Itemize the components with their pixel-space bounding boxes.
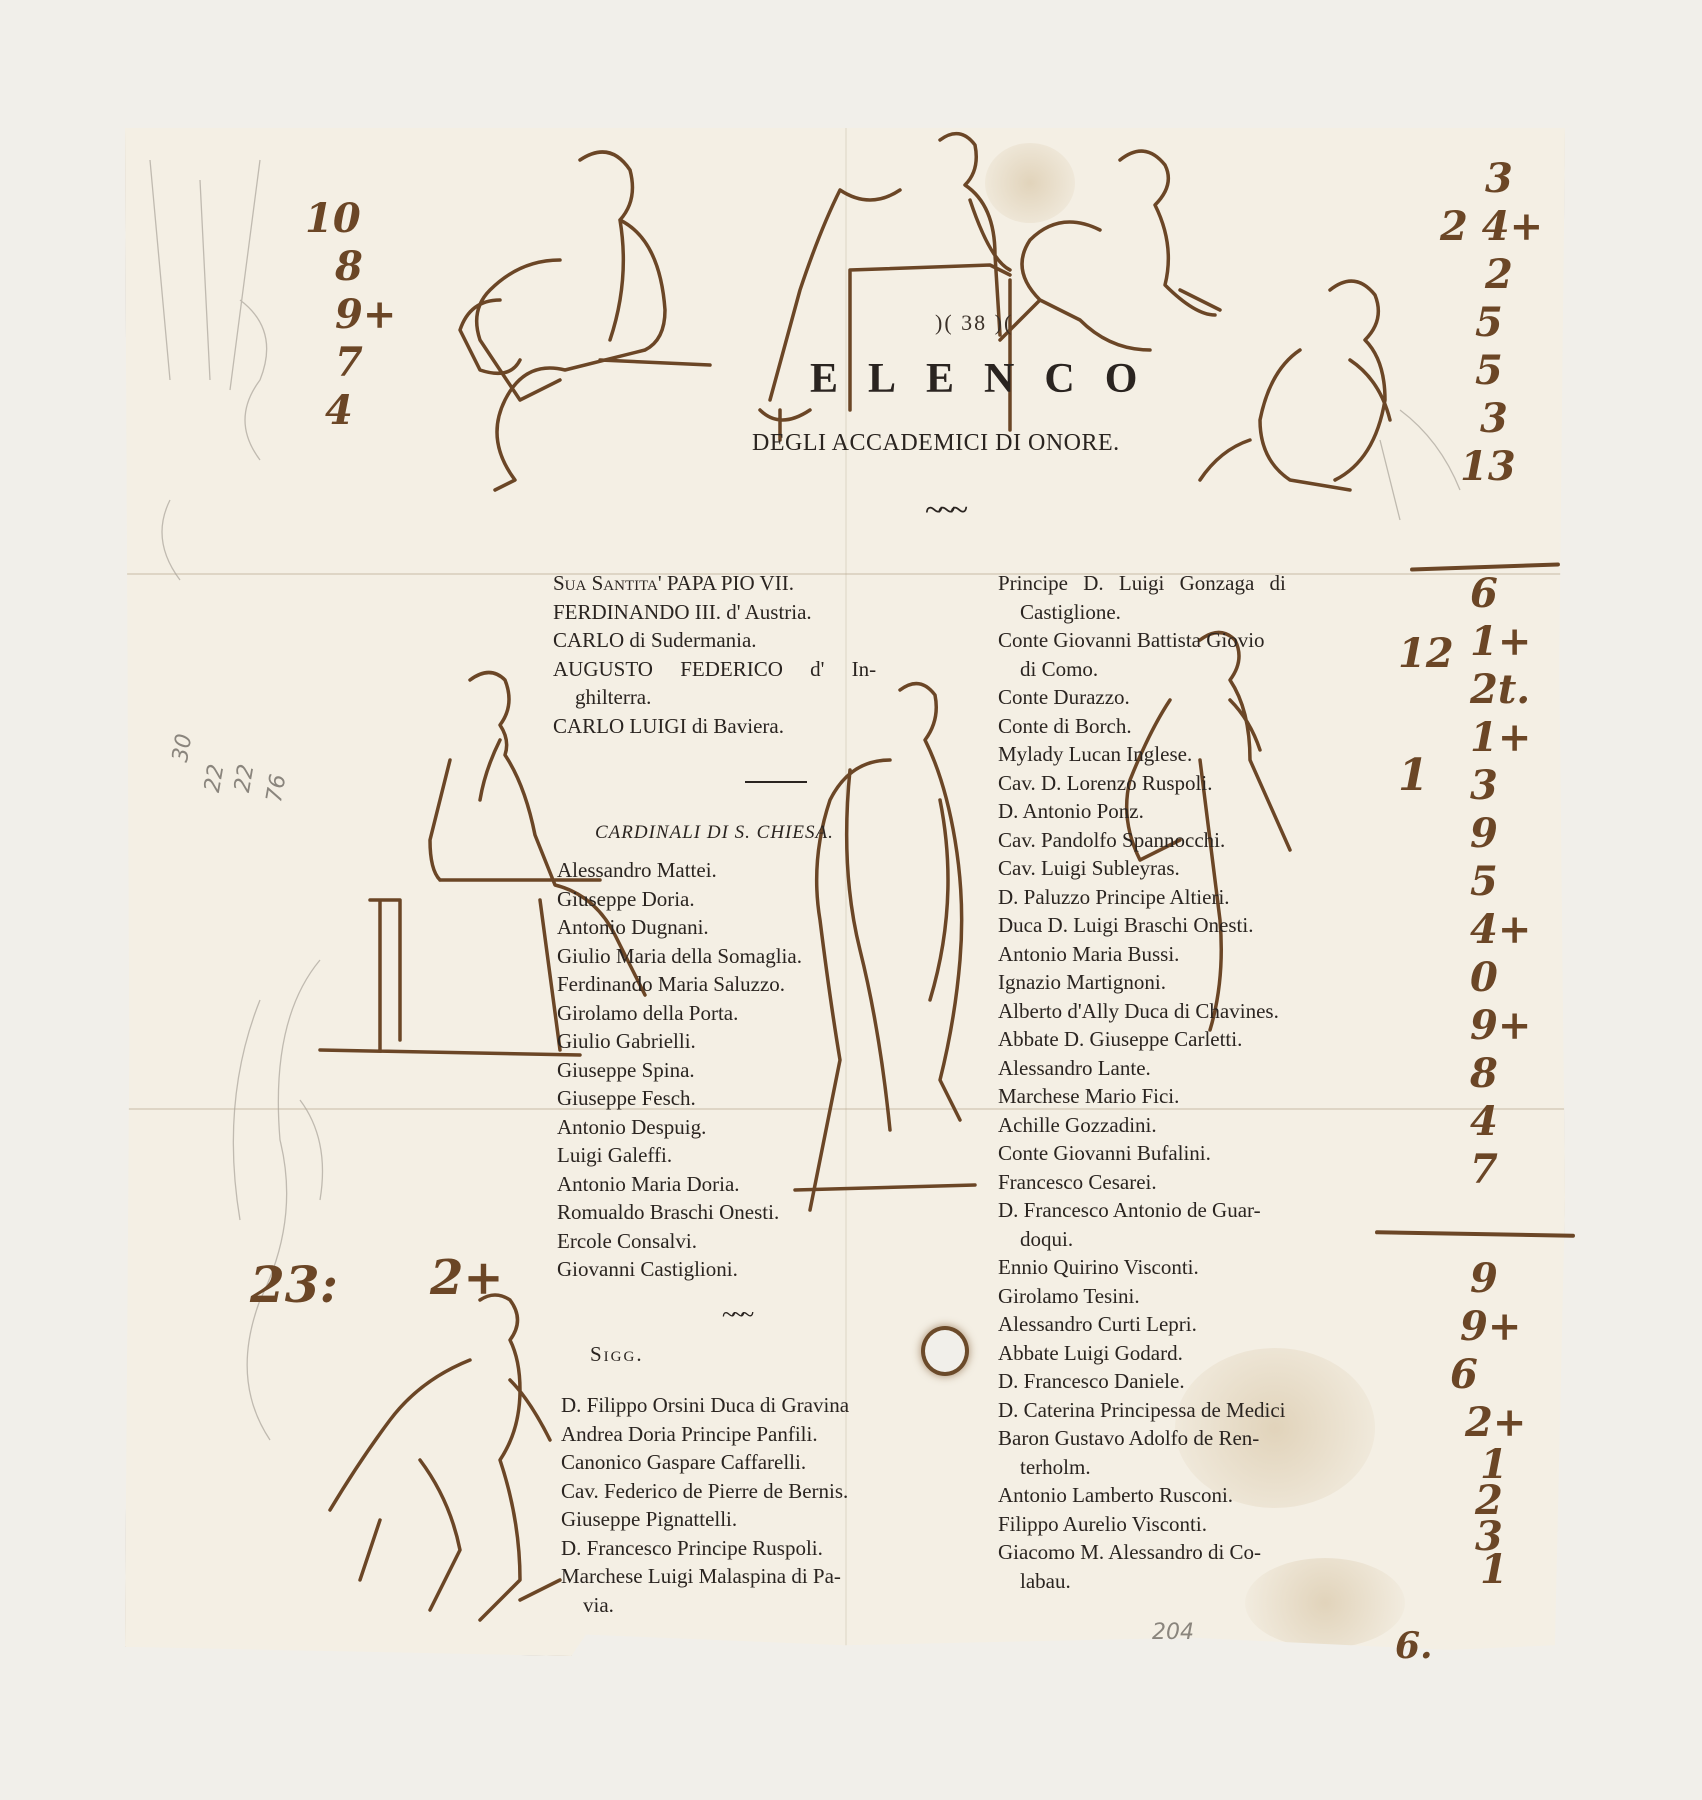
cardinals-heading: CARDINALI DI S. CHIESA. bbox=[595, 819, 834, 848]
list-item: Cav. D. Lorenzo Ruspoli. bbox=[998, 769, 1286, 798]
pencil-calculation: 30 bbox=[170, 732, 197, 763]
page-number: )( 38 )( bbox=[935, 310, 1013, 336]
list-item: di Como. bbox=[998, 655, 1286, 684]
tally-number: 5 bbox=[1470, 858, 1498, 906]
list-item: Antonio Dugnani. bbox=[557, 913, 802, 942]
handwritten-number: 6. bbox=[1395, 1625, 1433, 1667]
tally-number: 1+ bbox=[1470, 618, 1531, 666]
list-item: Girolamo Tesini. bbox=[998, 1282, 1286, 1311]
honorary-members-list: Principe D. Luigi Gonzaga di Castiglione… bbox=[998, 569, 1286, 1595]
list-item: labau. bbox=[998, 1567, 1286, 1596]
list-item: CARLO LUIGI di Baviera. bbox=[553, 712, 876, 741]
list-item: Castiglione. bbox=[998, 598, 1286, 627]
tally-number: 10 bbox=[305, 195, 361, 243]
tally-number: 2t. bbox=[1470, 666, 1530, 714]
tally-number: 4 bbox=[1470, 1098, 1498, 1146]
list-item: Ennio Quirino Visconti. bbox=[998, 1253, 1286, 1282]
list-item: Antonio Despuig. bbox=[557, 1113, 802, 1142]
list-item: Giulio Maria della Somaglia. bbox=[557, 942, 802, 971]
list-item: Girolamo della Porta. bbox=[557, 999, 802, 1028]
handwritten-tally-right-middle: 6 1+ 2t. 1+ 3 9 5 4+ 0 9+ 8 4 7 bbox=[1470, 570, 1531, 1194]
pencil-calculation: 22 bbox=[200, 762, 229, 794]
tally-number: 9+ bbox=[305, 291, 396, 339]
list-item: Romualdo Braschi Onesti. bbox=[557, 1198, 802, 1227]
pencil-number: 30 bbox=[168, 732, 197, 764]
sovereigns-list: Sua Santita' PAPA PIO VII. FERDINANDO II… bbox=[553, 569, 876, 740]
pencil-number: 76 bbox=[262, 772, 291, 804]
ornament-divider: ~~~ bbox=[925, 492, 962, 530]
list-item: Marchese Luigi Malaspina di Pa- bbox=[561, 1562, 849, 1591]
pencil-number: 22 bbox=[200, 762, 229, 794]
list-item: Giuseppe Spina. bbox=[557, 1056, 802, 1085]
list-item: D. Francesco Principe Ruspoli. bbox=[561, 1534, 849, 1563]
list-item: Ferdinando Maria Saluzzo. bbox=[557, 970, 802, 999]
list-item: Conte Giovanni Battista Giovio bbox=[998, 626, 1286, 655]
tally-number: 1+ bbox=[1470, 714, 1531, 762]
list-item: Luigi Galeffi. bbox=[557, 1141, 802, 1170]
list-item: Achille Gozzadini. bbox=[998, 1111, 1286, 1140]
section-divider bbox=[745, 781, 807, 783]
list-item: CARLO di Sudermania. bbox=[553, 626, 876, 655]
pencil-number: 22 bbox=[230, 762, 259, 794]
tally-number: 9 bbox=[1470, 810, 1498, 858]
list-item: Giuseppe Pignattelli. bbox=[561, 1505, 849, 1534]
burn-hole bbox=[925, 1330, 965, 1372]
list-item: Filippo Aurelio Visconti. bbox=[998, 1510, 1286, 1539]
list-item: Alessandro Curti Lepri. bbox=[998, 1310, 1286, 1339]
list-item: Conte di Borch. bbox=[998, 712, 1286, 741]
list-item: Alessandro Mattei. bbox=[557, 856, 802, 885]
handwritten-tally-right-top: 3 2 4+ 2 5 5 3 13 bbox=[1440, 155, 1543, 491]
list-item: ghilterra. bbox=[553, 683, 876, 712]
tally-number: 7 bbox=[1470, 1146, 1498, 1194]
list-item: Canonico Gaspare Caffarelli. bbox=[561, 1448, 849, 1477]
document-title: ELENCO bbox=[810, 355, 1167, 403]
list-item: Cav. Luigi Subleyras. bbox=[998, 854, 1286, 883]
list-item: Sua Santita' PAPA PIO VII. bbox=[553, 569, 876, 598]
list-item: Ignazio Martignoni. bbox=[998, 968, 1286, 997]
list-item: Duca D. Luigi Braschi Onesti. bbox=[998, 911, 1286, 940]
tally-number: 7 bbox=[305, 339, 363, 387]
list-item: Andrea Doria Principe Panfili. bbox=[561, 1420, 849, 1449]
tally-number: 9 bbox=[1450, 1255, 1498, 1303]
list-item: Giuseppe Fesch. bbox=[557, 1084, 802, 1113]
list-item: D. Francesco Antonio de Guar- bbox=[998, 1196, 1286, 1225]
tally-number: 8 bbox=[305, 243, 363, 291]
list-item: FERDINANDO III. d' Austria. bbox=[553, 598, 876, 627]
tally-number: 2 4+ bbox=[1440, 203, 1543, 251]
list-item: Abbate Luigi Godard. bbox=[998, 1339, 1286, 1368]
list-item: Cav. Pandolfo Spannocchi. bbox=[998, 826, 1286, 855]
list-item: Antonio Maria Doria. bbox=[557, 1170, 802, 1199]
list-item: Baron Gustavo Adolfo de Ren- bbox=[998, 1424, 1286, 1453]
list-item: via. bbox=[561, 1591, 849, 1620]
signori-heading: Sigg. bbox=[590, 1340, 644, 1369]
list-item: Cav. Federico de Pierre de Bernis. bbox=[561, 1477, 849, 1506]
list-item: Conte Durazzo. bbox=[998, 683, 1286, 712]
handwritten-number: 2+ bbox=[430, 1250, 504, 1306]
tally-number: 6 bbox=[1470, 570, 1498, 618]
list-item: Mylady Lucan Inglese. bbox=[998, 740, 1286, 769]
tally-number: 1 bbox=[1450, 1555, 1508, 1585]
list-item: AUGUSTO FEDERICO d' In- bbox=[553, 655, 876, 684]
list-item: Francesco Cesarei. bbox=[998, 1168, 1286, 1197]
list-item: D. Caterina Principessa de Medici bbox=[998, 1396, 1286, 1425]
list-item: D. Paluzzo Principe Altieri. bbox=[998, 883, 1286, 912]
list-item: D. Francesco Daniele. bbox=[998, 1367, 1286, 1396]
list-item: terholm. bbox=[998, 1453, 1286, 1482]
list-item: Antonio Maria Bussi. bbox=[998, 940, 1286, 969]
tally-number: 4 bbox=[305, 387, 353, 435]
tally-number: 8 bbox=[1470, 1050, 1498, 1098]
tally-number: 2+ bbox=[1450, 1399, 1526, 1447]
list-item: Antonio Lamberto Rusconi. bbox=[998, 1481, 1286, 1510]
cardinals-list: Alessandro Mattei. Giuseppe Doria. Anton… bbox=[557, 856, 802, 1284]
handwritten-number: 23: bbox=[250, 1255, 338, 1314]
list-item: Alessandro Lante. bbox=[998, 1054, 1286, 1083]
tally-number: 2 bbox=[1440, 251, 1513, 299]
tally-number: 9+ bbox=[1450, 1303, 1521, 1351]
list-item: Giuseppe Doria. bbox=[557, 885, 802, 914]
tally-number: 3 bbox=[1440, 155, 1513, 203]
list-item: D. Filippo Orsini Duca di Gravina bbox=[561, 1391, 849, 1420]
ornament-divider: ~~~ bbox=[722, 1300, 749, 1330]
tally-number: 9+ bbox=[1470, 1002, 1531, 1050]
pencil-calculation: 76 bbox=[262, 772, 291, 804]
list-item: Abbate D. Giuseppe Carletti. bbox=[998, 1025, 1286, 1054]
ink-stain bbox=[985, 143, 1075, 223]
list-item: doqui. bbox=[998, 1225, 1286, 1254]
tally-number: 0 bbox=[1470, 954, 1498, 1002]
tally-number: 5 bbox=[1440, 299, 1503, 347]
pencil-calculation: 22 bbox=[230, 762, 259, 794]
tally-number: 13 bbox=[1440, 443, 1516, 491]
list-item: Marchese Mario Fici. bbox=[998, 1082, 1286, 1111]
tally-number: 3 bbox=[1470, 762, 1498, 810]
handwritten-number: 1 bbox=[1398, 750, 1429, 801]
signori-list: D. Filippo Orsini Duca di Gravina Andrea… bbox=[561, 1391, 849, 1619]
pencil-inventory-number: 204 bbox=[1152, 1620, 1194, 1645]
list-item: Ercole Consalvi. bbox=[557, 1227, 802, 1256]
list-item: D. Antonio Ponz. bbox=[998, 797, 1286, 826]
tally-number: 3 bbox=[1440, 395, 1508, 443]
handwritten-tally-right-bottom: 9 9+ 6 2+ 1 2 3 1 bbox=[1450, 1255, 1526, 1585]
list-item: Giovanni Castiglioni. bbox=[557, 1255, 802, 1284]
tally-number: 5 bbox=[1440, 347, 1503, 395]
handwritten-tally-left: 10 8 9+ 7 4 bbox=[305, 195, 396, 435]
document-subtitle: DEGLI ACCADEMICI DI ONORE. bbox=[752, 430, 1120, 457]
list-item: Principe D. Luigi Gonzaga di bbox=[998, 569, 1286, 598]
tally-number: 4+ bbox=[1470, 906, 1531, 954]
list-item: Giulio Gabrielli. bbox=[557, 1027, 802, 1056]
tally-number: 6 bbox=[1450, 1351, 1478, 1399]
handwritten-number: 12 bbox=[1398, 630, 1454, 677]
signori-heading-wrap: Sigg. bbox=[590, 1340, 644, 1369]
cardinals-heading-wrap: CARDINALI DI S. CHIESA. bbox=[595, 819, 834, 848]
list-item: Conte Giovanni Bufalini. bbox=[998, 1139, 1286, 1168]
list-item: Giacomo M. Alessandro di Co- bbox=[998, 1538, 1286, 1567]
list-item: Alberto d'Ally Duca di Chavines. bbox=[998, 997, 1286, 1026]
